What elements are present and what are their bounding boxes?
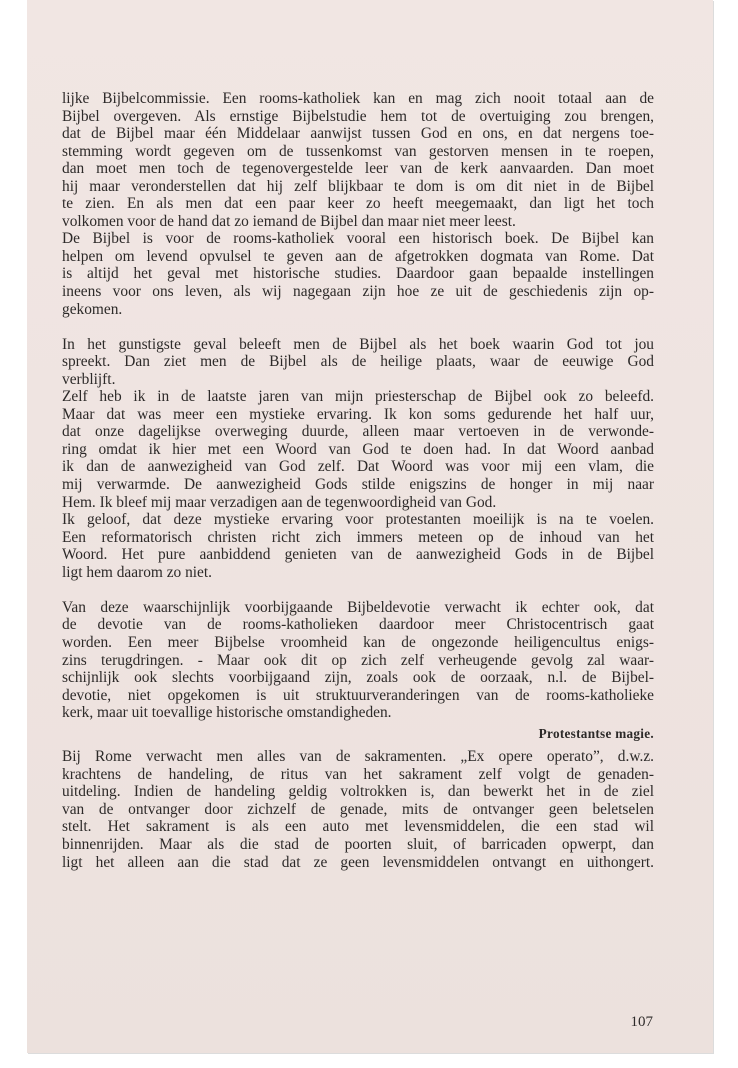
text-line: uitdeling. Indien de handeling geldig vo… [62,783,654,801]
text-line: gekomen. [62,301,654,319]
text-line: In het gunstigste geval beleeft men de B… [62,336,654,354]
text-line: Maar dat was meer een mystieke ervaring.… [62,406,654,424]
text-line: volkomen voor de hand dat zo iemand de B… [62,213,654,231]
text-line: Van deze waarschijnlijk voorbijgaande Bi… [62,599,654,617]
text-line: Bijbel overgeven. Als ernstige Bijbelstu… [62,108,654,126]
text-line: Ik geloof, dat deze mystieke ervaring vo… [62,511,654,529]
text-line: ligt hem daarom zo niet. [62,564,654,582]
paragraph: In het gunstigste geval beleeft men de B… [62,336,654,389]
paragraph-gap [62,581,654,599]
text-line: van de ontvanger door zichzelf de genade… [62,801,654,819]
paragraph: Zelf heb ik in de laatste jaren van mijn… [62,388,654,511]
text-line: ring omdat ik hier met een Woord van God… [62,441,654,459]
text-line: stemming wordt gegeven om de tussenkomst… [62,143,654,161]
text-line: Een reformatorisch christen richt zich i… [62,529,654,547]
text-line: Bij Rome verwacht men alles van de sakra… [62,748,654,766]
text-line: binnenrijden. Maar als die stad de poort… [62,836,654,854]
paragraph-gap [62,318,654,336]
text-line: schijnlijk ook slechts voorbijgaand zijn… [62,669,654,687]
text-line: worden. Een meer Bijbelse vroomheid kan … [62,634,654,652]
text-line: stelt. Het sakrament is als een auto met… [62,818,654,836]
text-line: Zelf heb ik in de laatste jaren van mijn… [62,388,654,406]
text-line: krachtens de handeling, de ritus van het… [62,766,654,784]
page-number: 107 [631,1014,654,1031]
book-page: lijke Bijbelcommissie. Een rooms-katholi… [27,0,713,1053]
text-line: helpen om levend opvulsel te geven aan d… [62,248,654,266]
section-heading: Protestantse magie. [62,725,654,743]
text-line: hij maar veronderstellen dat hij zelf bl… [62,178,654,196]
text-line: zins terugdringen. - Maar ook dit op zic… [62,652,654,670]
paragraph: De Bijbel is voor de rooms-katholiek voo… [62,230,654,318]
paragraph: Bij Rome verwacht men alles van de sakra… [62,748,654,871]
text-line: Hem. Ik bleef mij maar verzadigen aan de… [62,494,654,512]
text-line: kerk, maar uit toevallige historische om… [62,704,654,722]
paragraph: lijke Bijbelcommissie. Een rooms-katholi… [62,90,654,230]
text-line: de devotie van de rooms-katholieken daar… [62,616,654,634]
text-line: is altijd het geval met historische stud… [62,265,654,283]
text-line: De Bijbel is voor de rooms-katholiek voo… [62,230,654,248]
text-line: dat de Bijbel maar één Middelaar aanwijs… [62,125,654,143]
text-line: Woord. Het pure aanbiddend genieten van … [62,546,654,564]
text-line: devotie, niet opgekomen is uit struktuur… [62,687,654,705]
text-line: dan moet men toch de tegenovergestelde l… [62,160,654,178]
paragraph: Ik geloof, dat deze mystieke ervaring vo… [62,511,654,581]
body-text: lijke Bijbelcommissie. Een rooms-katholi… [62,90,654,871]
text-line: dat onze dagelijkse overweging duurde, a… [62,423,654,441]
text-line: mij verwarmde. De aanwezigheid Gods stil… [62,476,654,494]
text-line: lijke Bijbelcommissie. Een rooms-katholi… [62,90,654,108]
text-line: verblijft. [62,371,654,389]
text-line: spreekt. Dan ziet men de Bijbel als de h… [62,353,654,371]
text-line: ineens voor ons leven, als wij nagegaan … [62,283,654,301]
text-line: ligt het alleen aan die stad dat ze geen… [62,854,654,872]
text-line: ik dan de aanwezigheid van God zelf. Dat… [62,458,654,476]
paragraph: Van deze waarschijnlijk voorbijgaande Bi… [62,599,654,722]
text-line: te zien. En als men dat een paar keer zo… [62,195,654,213]
